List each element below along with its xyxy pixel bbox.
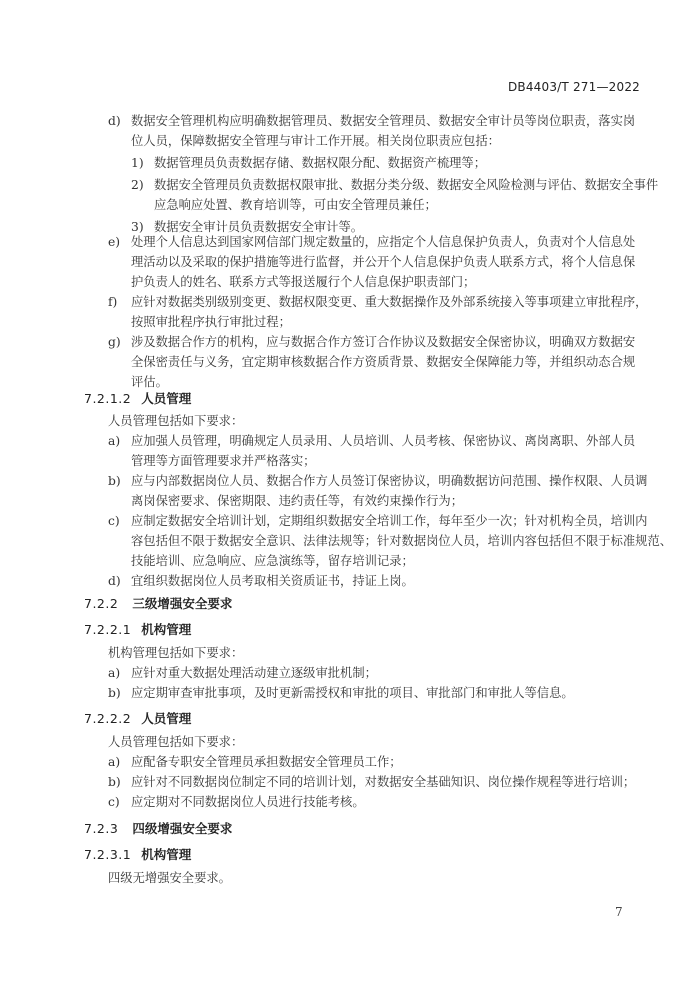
list-label: a) xyxy=(108,752,120,772)
section-title: 人员管理 xyxy=(141,391,191,406)
section-number: 7.2.3.1 xyxy=(84,847,131,862)
section-title: 人员管理 xyxy=(141,711,191,726)
list-label: e) xyxy=(108,232,120,252)
list-label: c) xyxy=(108,792,120,812)
list-item-text: 技能培训、应急响应、应急演练等，留存培训记录； xyxy=(131,551,414,571)
list-label: a) xyxy=(108,431,120,451)
list-label: d) xyxy=(108,571,121,591)
list-item-text: 位人员，保障数据安全管理与审计工作开展。相关岗位职责应包括： xyxy=(131,131,500,151)
section-intro: 人员管理包括如下要求： xyxy=(108,411,243,431)
sub-list-text: 应急响应处置、教育培训等，可由安全管理员兼任； xyxy=(154,195,437,215)
list-item-text: 应针对重大数据处理活动建立逐级审批机制； xyxy=(131,663,377,683)
section-title: 机构管理 xyxy=(141,847,191,862)
list-item-text: 应针对不同数据岗位制定不同的培训计划，对数据安全基础知识、岗位操作规程等进行培训… xyxy=(131,772,635,792)
section-title: 机构管理 xyxy=(141,622,191,637)
list-label: g) xyxy=(108,332,121,352)
page-number: 7 xyxy=(615,905,623,919)
section-intro: 机构管理包括如下要求： xyxy=(108,643,243,663)
list-item-text: 处理个人信息达到国家网信部门规定数量的，应指定个人信息保护负责人，负责对个人信息… xyxy=(131,232,635,252)
list-item-text: 应制定数据安全培训计划，定期组织数据安全培训工作，每年至少一次；针对机构全员，培… xyxy=(131,511,647,531)
section-heading-7-2-2-2: 7.2.2.2人员管理 xyxy=(84,709,191,727)
sub-list-label: 2) xyxy=(131,175,144,195)
list-item-text: 应针对数据类别级别变更、数据权限变更、重大数据操作及外部系统接入等事项建立审批程… xyxy=(131,292,647,312)
section-heading-7-2-3-1: 7.2.3.1机构管理 xyxy=(84,845,191,863)
document-id-header: DB4403/T 271—2022 xyxy=(508,80,640,94)
section-number: 7.2.1.2 xyxy=(84,391,131,406)
section-title: 四级增强安全要求 xyxy=(132,821,232,836)
list-label: c) xyxy=(108,511,120,531)
list-item-text: 应定期审查审批事项，及时更新需授权和审批的项目、审批部门和审批人等信息。 xyxy=(131,683,574,703)
section-intro: 人员管理包括如下要求： xyxy=(108,732,243,752)
section-heading-7-2-3: 7.2.3四级增强安全要求 xyxy=(84,819,232,837)
sub-list-text: 数据管理员负责数据存储、数据权限分配、数据资产梳理等； xyxy=(154,153,486,173)
section-body: 四级无增强安全要求。 xyxy=(108,868,231,888)
list-label: d) xyxy=(108,111,121,131)
section-number: 7.2.2 xyxy=(84,596,118,611)
list-label: f) xyxy=(108,292,117,312)
list-label: a) xyxy=(108,663,120,683)
list-item-text: 应配备专职安全管理员承担数据安全管理员工作； xyxy=(131,752,402,772)
section-heading-7-2-1-2: 7.2.1.2人员管理 xyxy=(84,389,191,407)
list-label: b) xyxy=(108,471,121,491)
list-item-text: 理活动以及采取的保护措施等进行监督，并公开个人信息保护负责人联系方式，将个人信息… xyxy=(131,252,635,272)
list-item-text: 容包括但不限于数据安全意识、法律法规等；针对数据岗位人员，培训内容包括但不限于标… xyxy=(131,531,672,551)
list-item-text: 护负责人的姓名、联系方式等报送履行个人信息保护职责部门； xyxy=(131,272,475,292)
section-number: 7.2.2.2 xyxy=(84,711,131,726)
list-item-text: 应与内部数据岗位人员、数据合作方人员签订保密协议，明确数据访问范围、操作权限、人… xyxy=(131,471,647,491)
list-label: b) xyxy=(108,683,121,703)
list-item-text: 按照审批程序执行审批过程； xyxy=(131,312,291,332)
section-heading-7-2-2-1: 7.2.2.1机构管理 xyxy=(84,620,191,638)
section-heading-7-2-2: 7.2.2三级增强安全要求 xyxy=(84,594,232,612)
section-number: 7.2.3 xyxy=(84,821,118,836)
list-item-text: 离岗保密要求、保密期限、违约责任等，有效约束操作行为； xyxy=(131,491,463,511)
list-item-text: 宜组织数据岗位人员考取相关资质证书，持证上岗。 xyxy=(131,571,414,591)
list-item-text: 涉及数据合作方的机构，应与数据合作方签订合作协议及数据安全保密协议，明确双方数据… xyxy=(131,332,635,352)
sub-list-text: 数据安全管理员负责数据权限审批、数据分类分级、数据安全风险检测与评估、数据安全事… xyxy=(154,175,658,195)
list-item-text: 全保密责任与义务，宜定期审核数据合作方资质背景、数据安全保障能力等，并组织动态合… xyxy=(131,352,635,372)
sub-list-label: 1) xyxy=(131,153,144,173)
list-item-text: 应定期对不同数据岗位人员进行技能考核。 xyxy=(131,792,365,812)
section-number: 7.2.2.1 xyxy=(84,622,131,637)
list-item-text: 应加强人员管理，明确规定人员录用、人员培训、人员考核、保密协议、离岗离职、外部人… xyxy=(131,431,635,451)
section-title: 三级增强安全要求 xyxy=(132,596,232,611)
list-item-text: 数据安全管理机构应明确数据管理员、数据安全管理员、数据安全审计员等岗位职责，落实… xyxy=(131,111,635,131)
list-item-text: 管理等方面管理要求并严格落实； xyxy=(131,451,315,471)
list-label: b) xyxy=(108,772,121,792)
